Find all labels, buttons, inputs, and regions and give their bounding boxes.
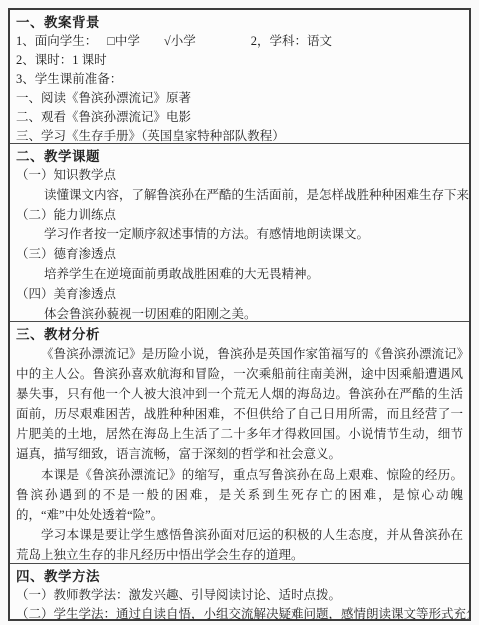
student-facing-prefix: 1、面向学生： <box>16 34 97 48</box>
topic-item-heading: （一）知识教学点 <box>16 166 463 186</box>
analysis-paragraph: 《鲁滨孙漂流记》是历险小说，鲁滨孙是英国作家笛福写的《鲁滨孙漂流记》中的主人公。… <box>16 344 463 465</box>
section-title-topic: 二、教学课题 <box>16 147 463 166</box>
primary-school-label: 小学 <box>171 34 196 48</box>
analysis-paragraph: 学习本课是要让学生感悟鲁滨孙面对厄运的积极的人生态度，并从鲁滨孙在荒岛上独立生存… <box>16 525 463 563</box>
section-title-analysis: 三、教材分析 <box>16 325 463 344</box>
section-title-methods: 四、教学方法 <box>16 567 463 586</box>
topic-item-heading: （三）德育渗透点 <box>16 245 463 265</box>
teacher-method-line: （一）教师教学法：激发兴趣、引导阅读讨论、适时点拨。 <box>16 586 463 605</box>
middle-school-label: 中学 <box>115 34 140 48</box>
topic-item-heading: （二）能力训练点 <box>16 206 463 226</box>
preparation-line: 3、学生课前准备： <box>16 70 463 89</box>
checkbox-unchecked-icon: □ <box>107 32 115 51</box>
checkmark-icon: √ <box>164 32 171 51</box>
analysis-paragraph: 本课是《鲁滨孙漂流记》的缩写，重点写鲁滨孙在岛上艰难、惊险的经历。鲁滨孙遇到的不… <box>16 465 463 525</box>
section-teaching-methods: 四、教学方法 （一）教师教学法：激发兴趣、引导阅读讨论、适时点拨。 （二）学生学… <box>10 563 469 619</box>
topic-item-heading: （四）美育渗透点 <box>16 285 463 305</box>
student-facing-line: 1、面向学生：□中学√小学2，学科：语文 <box>16 32 463 51</box>
prep-item-survival-manual: 三、学习《生存手册》（英国皇家特种部队教程） <box>16 127 463 143</box>
topic-item-content: 学习作者按一定顺序叙述事情的方法。有感情地朗读课文。 <box>16 225 463 245</box>
prep-item-watch-movie: 二、观看《鲁滨孙漂流记》电影 <box>16 108 463 127</box>
prep-item-read-novel: 一、阅读《鲁滨孙漂流记》原著 <box>16 89 463 108</box>
section-teaching-topic: 二、教学课题 （一）知识教学点 读懂课文内容，了解鲁滨孙在严酷的生活面前，是怎样… <box>10 143 469 321</box>
lesson-plan-table: 一、教案背景 1、面向学生：□中学√小学2，学科：语文 2、课时：1 课时 3、… <box>8 8 471 621</box>
student-method-line: （二）学生学法：通过自读自悟，小组交流解决疑难问题，感情朗读课文等形式充分理解 <box>16 605 463 619</box>
section-lesson-background: 一、教案背景 1、面向学生：□中学√小学2，学科：语文 2、课时：1 课时 3、… <box>10 10 469 143</box>
section-material-analysis: 三、教材分析 《鲁滨孙漂流记》是历险小说，鲁滨孙是英国作家笛福写的《鲁滨孙漂流记… <box>10 321 469 563</box>
topic-item-content: 读懂课文内容，了解鲁滨孙在严酷的生活面前，是怎样战胜种种困难生存下来的。 <box>16 186 463 206</box>
topic-item-content: 体会鲁滨孙藐视一切困难的阳刚之美。 <box>16 305 463 321</box>
topic-item-content: 培养学生在逆境面前勇敢战胜困难的大无畏精神。 <box>16 265 463 285</box>
section-title-background: 一、教案背景 <box>16 13 463 32</box>
subject-label: 2，学科：语文 <box>251 34 332 48</box>
document-page: 一、教案背景 1、面向学生：□中学√小学2，学科：语文 2、课时：1 课时 3、… <box>0 0 479 625</box>
class-hours-line: 2、课时：1 课时 <box>16 51 463 70</box>
